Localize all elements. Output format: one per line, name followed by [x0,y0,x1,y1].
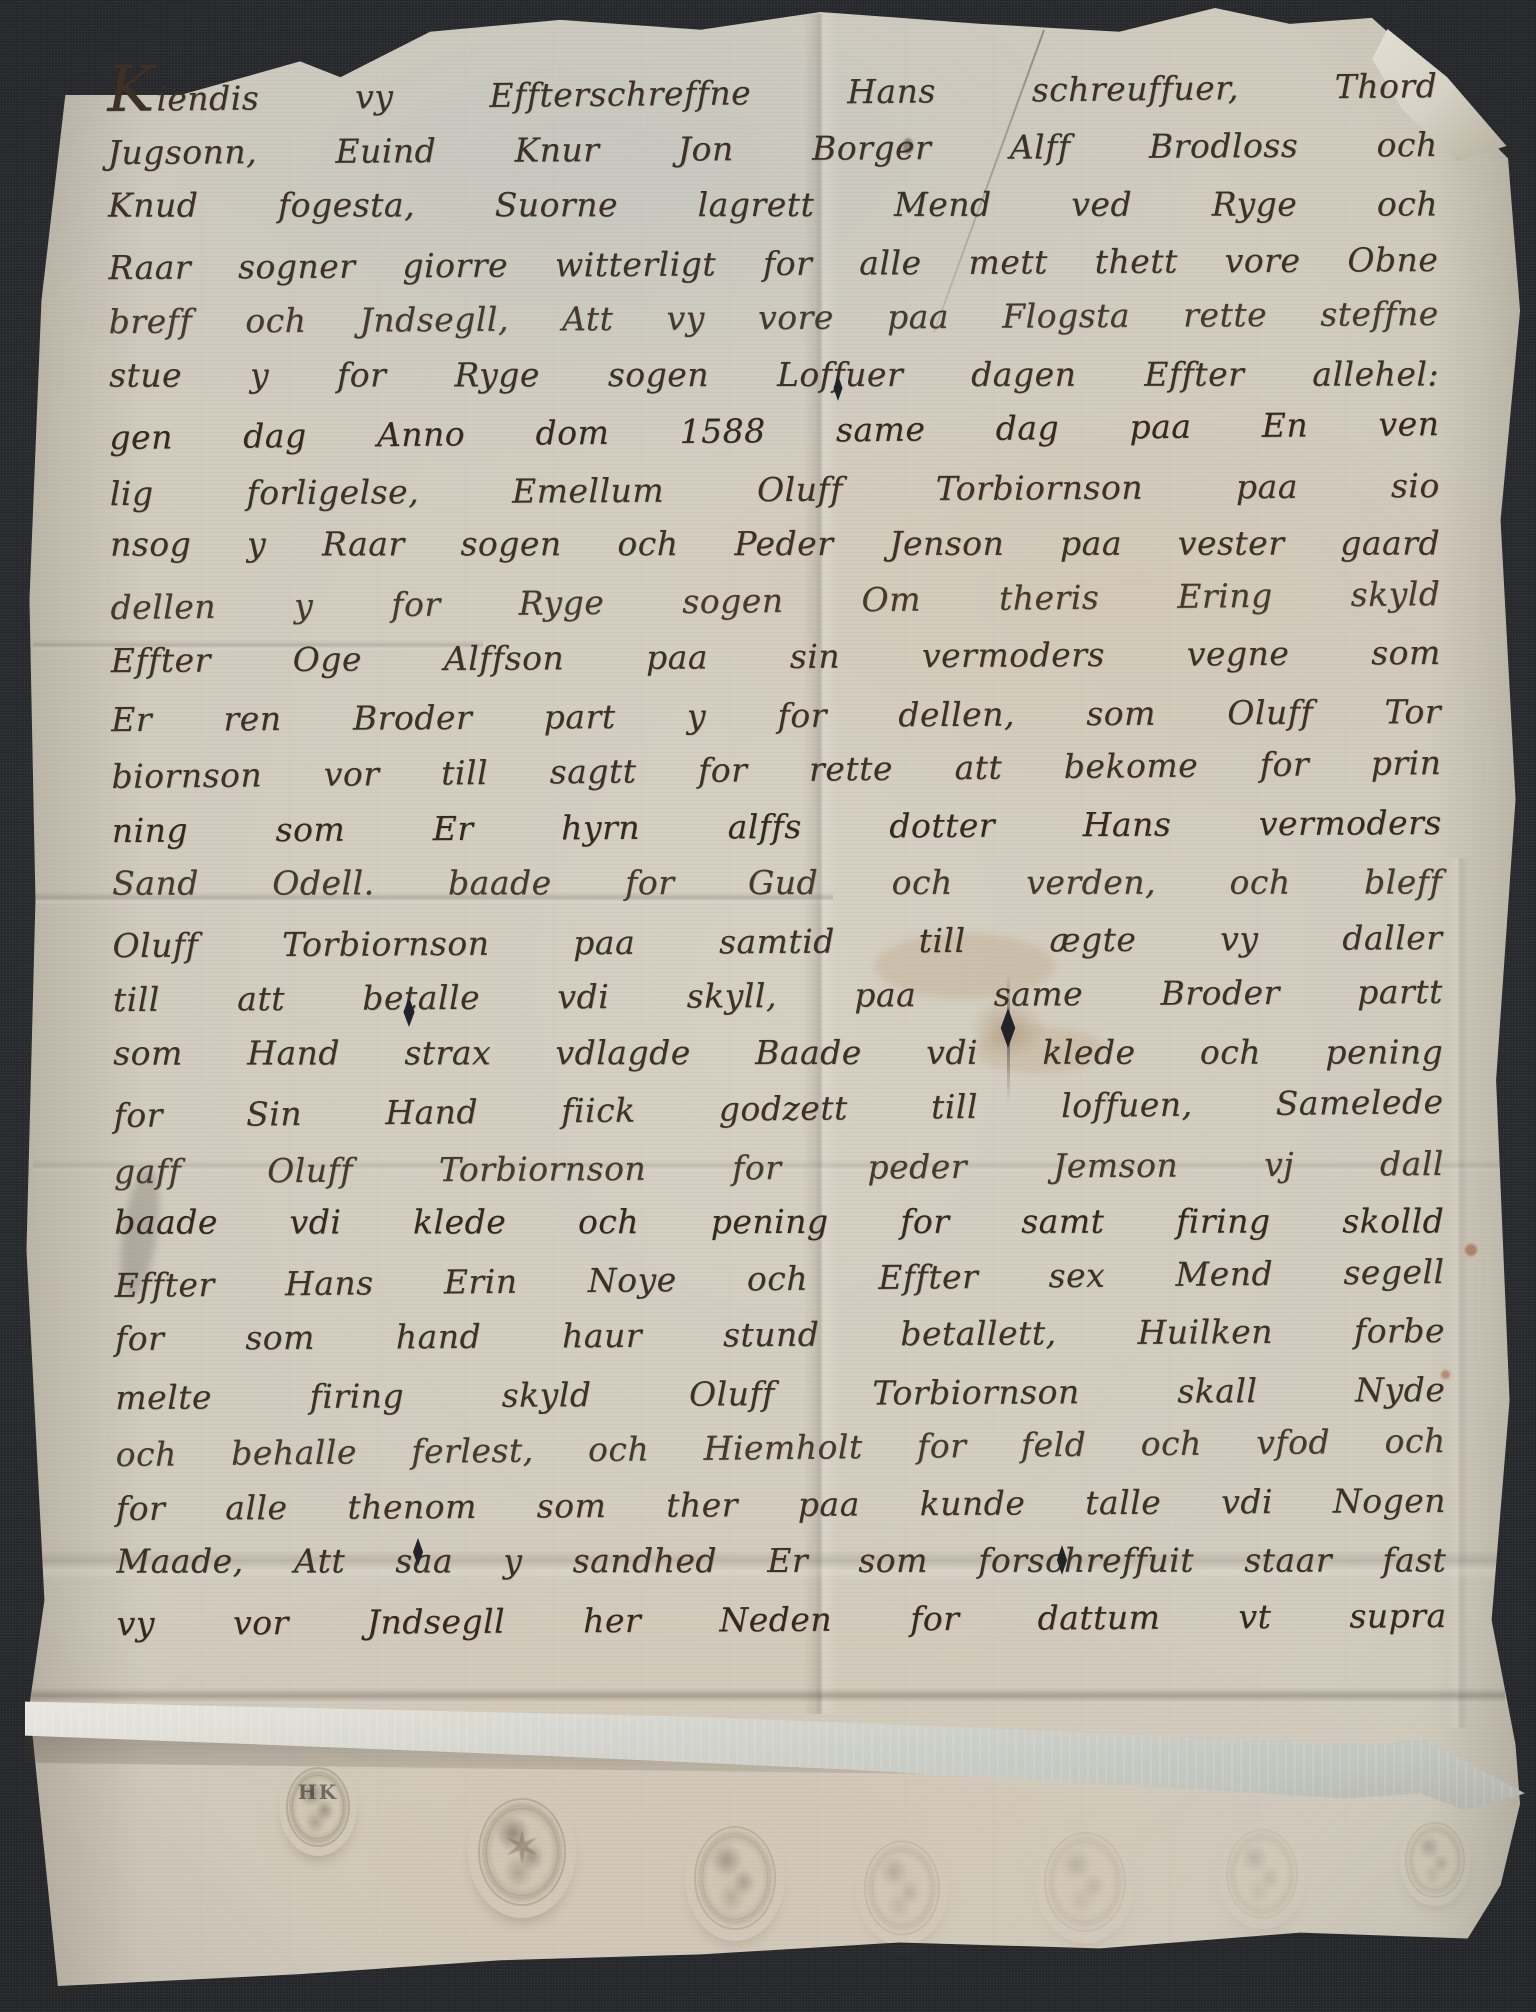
manuscript-line: Sand Odell. baade for Gud och verden, oc… [112,854,1442,912]
manuscript-line: Jugsonn, Euind Knur Jon Borger Alff Brod… [108,116,1438,181]
manuscript-line: Knud fogesta, Suorne lagrett Mend ved Ry… [108,176,1438,234]
manuscript-line: for som hand haur stund betallett, Huilk… [115,1303,1445,1368]
seal-mottling [1230,1834,1293,1913]
manuscript-line: stue y for Ryge sogen Loffuer dagen Efft… [109,346,1439,404]
seal-impression [1399,1814,1471,1906]
photograph-backdrop: Kiendis vy Effterschreffne Hans schreuff… [0,0,1536,2012]
manuscript-line: baade vdi klede och pening for samt firi… [114,1193,1444,1251]
seal-mottling [1049,1838,1121,1926]
manuscript-line: for alle thenom som ther paa kunde talle… [116,1472,1446,1537]
seal-impression [1218,1819,1306,1929]
manuscript-line: lig forligelse, Emellum Oluff Torbiornso… [110,457,1440,522]
seal-mottling [869,1847,935,1930]
manuscript-line: ning som Er hyrn alffs dotter Hans vermo… [112,794,1442,859]
manuscript-line: breff och Jndsegll, Att vy vore paa Flog… [109,286,1439,351]
manuscript-line: Maade, Att saa y sandhed Er som forschre… [116,1532,1446,1590]
manuscript-line: for Sin Hand fiick godzett till loffuen,… [113,1074,1444,1144]
seal-impression [1035,1821,1135,1943]
manuscript-line: som Hand strax vdlagde Baade vdi klede o… [113,1024,1443,1082]
manuscript-line: till att betalle vdi skyll, paa same Bro… [113,964,1443,1029]
manuscript-line: vy vor Jndsegll her Neden for dattum vt … [117,1587,1447,1652]
seal-impression: ✶ [468,1786,576,1918]
seal-device-star-icon: ✶ [468,1820,576,1874]
manuscript-text: Kiendis vy Effterschreffne Hans schreuff… [107,60,1457,1650]
seal-mottling [1409,1827,1461,1893]
manuscript-line: gaff Oluff Torbiornson for peder Jemson … [114,1135,1444,1200]
manuscript-line: Oluff Torbiornson paa samtid till ægte v… [112,909,1442,974]
horizontal-fold-crease-5 [25,1688,1505,1702]
seal-impression: HK [279,1758,357,1856]
seal-monogram: HK [279,1780,357,1804]
manuscript-line: nsog y Raar sogen och Peder Jenson paa v… [110,515,1440,573]
manuscript-line: Effter Oge Alffson paa sin vermoders veg… [111,625,1441,690]
manuscript-line: gen dag Anno dom 1588 same dag paa En ve… [109,396,1440,466]
seal-impression [856,1831,948,1946]
manuscript-line: Raar sogner giorre witterligt for alle m… [108,231,1438,296]
seal-impression [685,1815,785,1941]
seal-mottling [699,1833,771,1924]
